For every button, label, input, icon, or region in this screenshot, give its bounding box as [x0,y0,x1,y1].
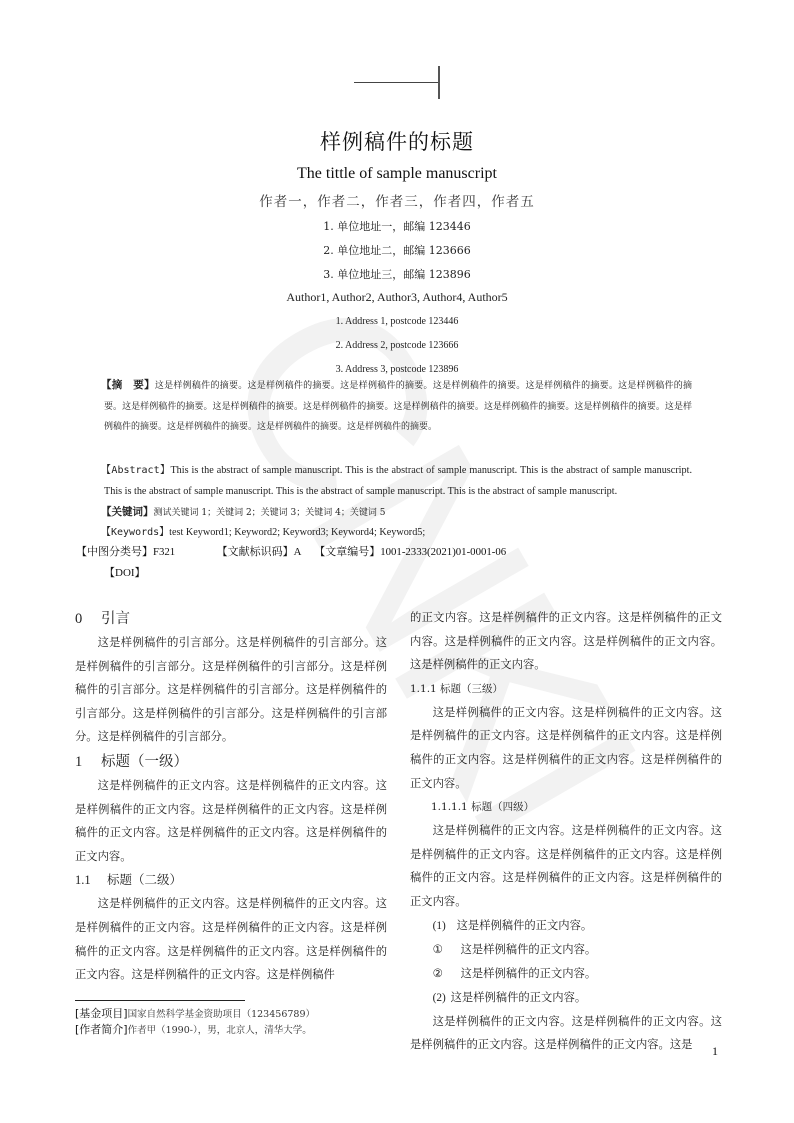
affiliation-cn-1: 1. 单位地址一，邮编 123446 [0,218,794,234]
fund-label: [基金项目] [75,1007,128,1020]
footnote-author: [作者简介]作者甲（1990-），男，北京人，清华大学。 [75,1021,312,1037]
body-column-left: 0引言 这是样例稿件的引言部分。这是样例稿件的引言部分。这是样例稿件的引言部分。… [75,608,387,987]
section-heading-1-1-1-1: 1.1.1.1 标题（四级） [410,795,722,819]
clc-value: F321 [153,546,175,558]
affiliation-cn-2: 2. 单位地址二，邮编 123666 [0,242,794,258]
section-title: 标题（二级） [107,872,182,887]
section-number: 0 [75,608,101,631]
author-bio-label: [作者简介] [75,1023,128,1036]
section-title: 标题（一级） [101,754,188,770]
affiliation-cn-3: 3. 单位地址三，邮编 123896 [0,266,794,282]
title-chinese: 样例稿件的标题 [0,126,794,156]
authors-english: Author1, Author2, Author3, Author4, Auth… [0,290,794,305]
section-heading-0: 0引言 [75,608,387,631]
paragraph-section-1-1-1: 这是样例稿件的正文内容。这是样例稿件的正文内容。这是样例稿件的正文内容。这是样例… [410,701,722,795]
list-text: 这是样例稿件的正文内容。 [457,919,593,932]
paragraph-section-1-1: 这是样例稿件的正文内容。这是样例稿件的正文内容。这是样例稿件的正文内容。这是样例… [75,892,387,986]
doi-label: 【DOI】 [104,564,146,580]
clc-label: 【中图分类号】 [76,545,153,558]
paragraph-continued: 的正文内容。这是样例稿件的正文内容。这是样例稿件的正文内容。这是样例稿件的正文内… [410,606,722,677]
keywords-en-text: test Keyword1; Keyword2; Keyword3; Keywo… [169,527,425,538]
affiliation-en-1: 1. Address 1, postcode 123446 [0,316,794,327]
list-item: ②这是样例稿件的正文内容。 [410,962,722,986]
paragraph-introduction: 这是样例稿件的引言部分。这是样例稿件的引言部分。这是样例稿件的引言部分。这是样例… [75,631,387,749]
article-no-label: 【文章编号】 [314,545,380,558]
section-heading-1-1: 1.1标题（二级） [75,868,387,892]
affiliation-en-3: 3. Address 3, postcode 123896 [0,364,794,375]
doc-code-value: A [294,546,301,558]
document-page: CNKI 样例稿件的标题 The tittle of sample manusc… [0,0,794,1123]
abstract-en-label: 【Abstract】 [101,465,170,476]
author-bio-text: 作者甲（1990-），男，北京人，清华大学。 [128,1025,312,1036]
list-marker: ② [433,962,461,986]
footnote-rule [75,1000,245,1001]
section-number: 1.1 [75,868,107,892]
keywords-cn-label: 【关键词】 [101,506,154,518]
keywords-cn-text: 测试关键词 1；关键词 2；关键词 3；关键词 4；关键词 5 [154,508,386,518]
section-heading-1-1-1: 1.1.1 标题（三级） [410,677,722,701]
article-no-value: 1001-2333(2021)01-0001-06 [380,546,506,558]
list-marker: (2) [433,986,451,1010]
header-rule [354,82,439,83]
fund-text: 国家自然科学基金资助项目（123456789） [128,1009,315,1020]
keywords-chinese: 【关键词】测试关键词 1；关键词 2；关键词 3；关键词 4；关键词 5 [104,502,692,524]
list-marker: ① [433,938,461,962]
affiliation-en-2: 2. Address 2, postcode 123666 [0,340,794,351]
list-text: 这是样例稿件的正文内容。 [451,991,587,1004]
abstract-en-text: This is the abstract of sample manuscrip… [104,465,692,497]
abstract-cn-label: 【摘 要】 [101,379,155,391]
paragraph-final: 这是样例稿件的正文内容。这是样例稿件的正文内容。这是样例稿件的正文内容。这是样例… [410,1010,722,1057]
list-item: (2)这是样例稿件的正文内容。 [410,986,722,1010]
keywords-english: 【Keywords】test Keyword1; Keyword2; Keywo… [104,523,692,544]
section-number: 1 [75,751,101,774]
page-number: 1 [712,1044,718,1059]
keywords-en-label: 【Keywords】 [101,527,169,538]
section-title: 引言 [101,611,130,627]
list-marker: (1) [433,914,457,938]
list-text: 这是样例稿件的正文内容。 [461,943,597,956]
list-text: 这是样例稿件的正文内容。 [461,967,597,980]
doc-code-label: 【文献标识码】 [217,545,294,558]
abstract-english: 【Abstract】This is the abstract of sample… [104,461,692,502]
paragraph-section-1: 这是样例稿件的正文内容。这是样例稿件的正文内容。这是样例稿件的正文内容。这是样例… [75,774,387,868]
abstract-chinese: 【摘 要】这是样例稿件的摘要。这是样例稿件的摘要。这是样例稿件的摘要。这是样例稿… [104,375,692,438]
abstract-cn-text: 这是样例稿件的摘要。这是样例稿件的摘要。这是样例稿件的摘要。这是样例稿件的摘要。… [104,381,692,432]
section-heading-1: 1标题（一级） [75,751,387,774]
footnote-fund: [基金项目]国家自然科学基金资助项目（123456789） [75,1005,315,1021]
paragraph-section-1-1-1-1: 这是样例稿件的正文内容。这是样例稿件的正文内容。这是样例稿件的正文内容。这是样例… [410,819,722,913]
classification-line: 【中图分类号】F321 【文献标识码】A 【文章编号】1001-2333(202… [76,543,506,559]
authors-chinese: 作者一，作者二，作者三，作者四，作者五 [0,190,794,210]
list-item: (1)这是样例稿件的正文内容。 [410,914,722,938]
header-rule-vertical [438,66,440,99]
title-english: The tittle of sample manuscript [0,165,794,183]
list-item: ①这是样例稿件的正文内容。 [410,938,722,962]
body-column-right: 的正文内容。这是样例稿件的正文内容。这是样例稿件的正文内容。这是样例稿件的正文内… [410,606,722,1057]
